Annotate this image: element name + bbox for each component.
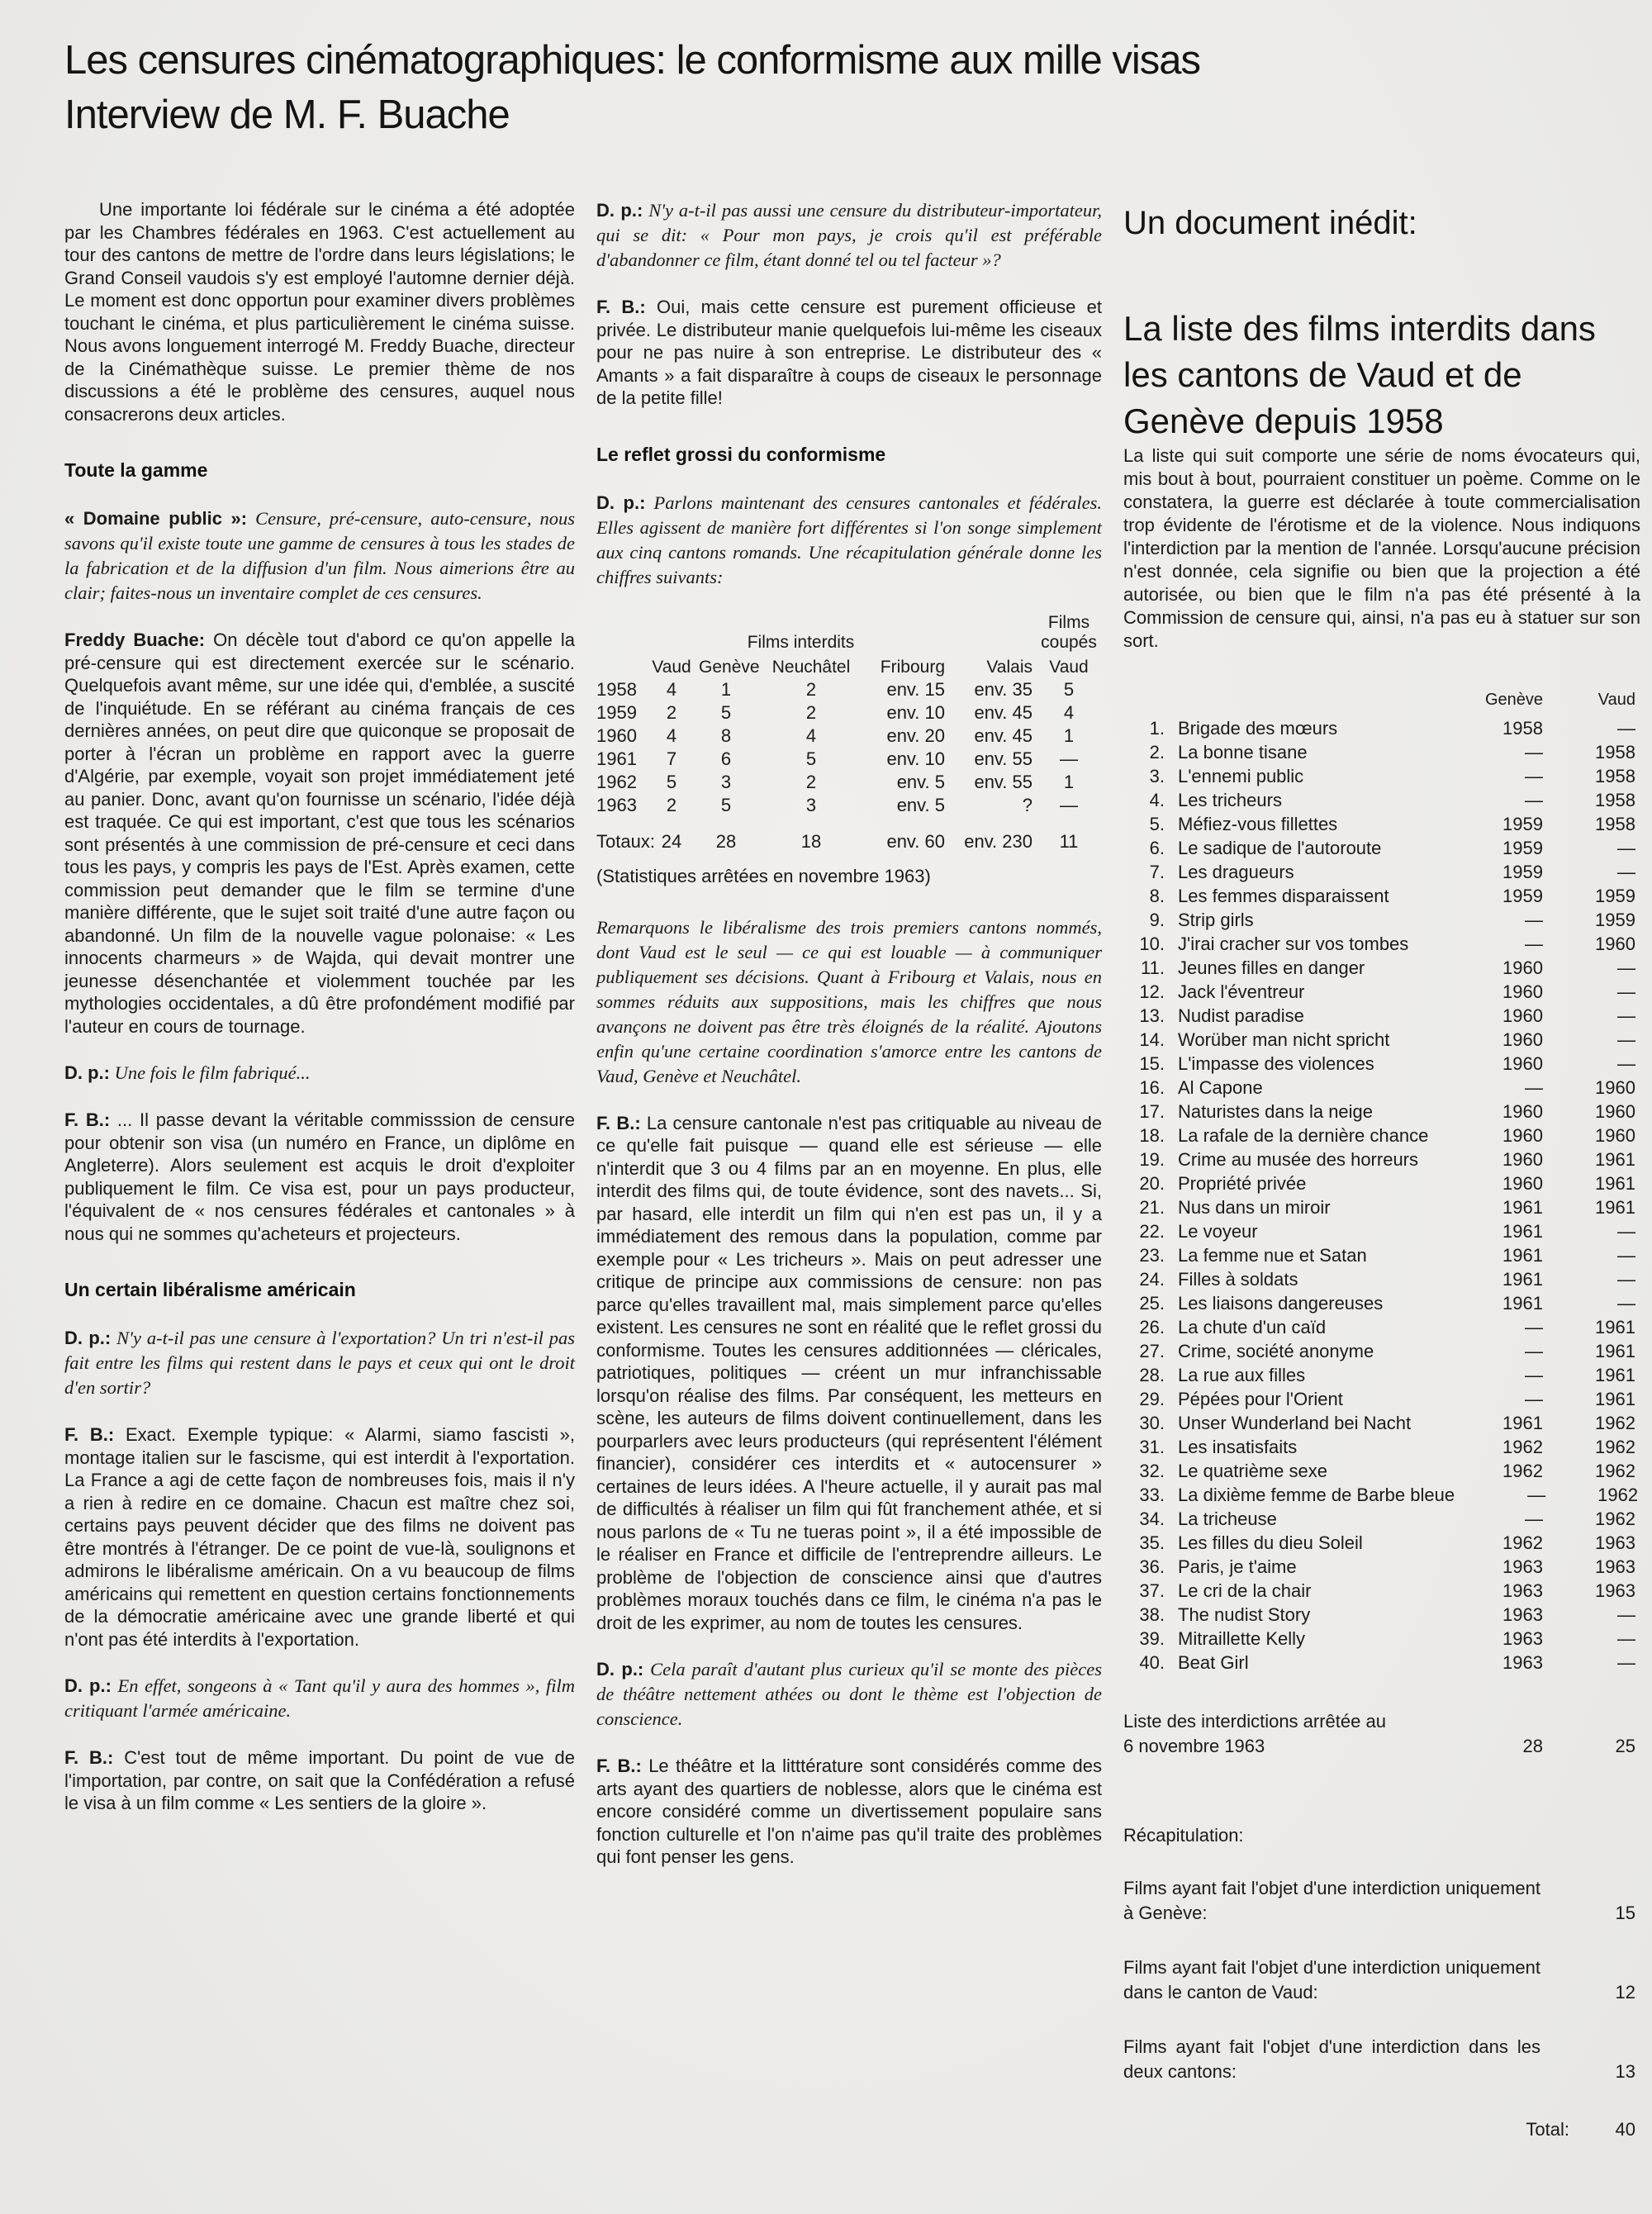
answer-label: F. B.: — [64, 1109, 110, 1130]
column-2: D. p.: N'y a-t-il pas aussi une censure … — [596, 198, 1102, 1892]
fribourg-cell: env. 5 — [869, 793, 948, 816]
valais-cell: env. 45 — [948, 701, 1036, 724]
film-number: 33. — [1123, 1483, 1165, 1507]
film-title: Le cri de la chair — [1178, 1579, 1452, 1603]
film-title: Al Capone — [1178, 1076, 1452, 1100]
film-row: 12. Jack l'éventreur 1960 — — [1123, 980, 1640, 1004]
table-group-header-row: Films interdits Films coupés — [596, 613, 1102, 653]
film-year-geneve: — — [1452, 908, 1543, 932]
films-list: 1. Brigade des mœurs 1958 — 2. La bonne … — [1123, 716, 1640, 1675]
film-row: 6. Le sadique de l'autoroute 1959 — — [1123, 836, 1640, 860]
recap-row-geneve-only: Films ayant fait l'objet d'une interdict… — [1123, 1876, 1640, 1926]
film-year-geneve: 1963 — [1452, 1579, 1543, 1603]
film-row: 39. Mitraillette Kelly 1963 — — [1123, 1627, 1640, 1651]
vaud-cell: 7 — [644, 747, 699, 770]
film-year-vaud: 1962 — [1545, 1483, 1643, 1507]
answer-label: F. B.: — [596, 1113, 641, 1133]
question-label: D. p.: — [64, 1675, 112, 1696]
masthead: Les censures cinématographiques: le conf… — [64, 33, 1601, 142]
film-number: 39. — [1123, 1627, 1165, 1651]
question-text: N'y a-t-il pas aussi une censure du dist… — [596, 200, 1102, 270]
film-title: Les tricheurs — [1178, 788, 1452, 812]
film-year-geneve: 1961 — [1452, 1195, 1543, 1219]
table-canton-header-row: Vaud Genève Neuchâtel Fribourg Valais Va… — [596, 653, 1102, 677]
film-list-header: Genève Vaud — [1123, 691, 1640, 710]
film-title: La femme nue et Satan — [1178, 1243, 1452, 1267]
film-number: 17. — [1123, 1100, 1165, 1124]
film-row: 13. Nudist paradise 1960 — — [1123, 1004, 1640, 1028]
coupes-cell: 1 — [1036, 770, 1102, 793]
film-year-vaud: 1961 — [1543, 1147, 1640, 1171]
film-number: 29. — [1123, 1387, 1165, 1411]
film-row: 35. Les filles du dieu Soleil 1962 1963 — [1123, 1531, 1640, 1555]
neuchatel-cell: 2 — [753, 701, 869, 724]
geneve-cell: 5 — [699, 793, 753, 816]
film-year-geneve: 1960 — [1452, 1028, 1543, 1052]
answer: F. B.: C'est tout de même important. Du … — [64, 1746, 575, 1815]
film-row: 31. Les insatisfaits 1962 1962 — [1123, 1435, 1640, 1459]
neuchatel-cell: 5 — [753, 747, 869, 770]
film-number: 25. — [1123, 1291, 1165, 1315]
year-cell: 1963 — [596, 793, 644, 816]
film-year-vaud: 1963 — [1543, 1531, 1640, 1555]
film-number: 38. — [1123, 1603, 1165, 1627]
answer-text: La censure cantonale n'est pas critiquab… — [596, 1113, 1102, 1633]
total-value: 40 — [1597, 2119, 1640, 2140]
col-header-vaud-coupes: Vaud — [1036, 653, 1102, 677]
year-cell: 1960 — [596, 724, 644, 747]
totals-valais: env. 230 — [948, 816, 1036, 853]
recap-value: 13 — [1540, 2060, 1640, 2084]
question-text: En effet, songeons à « Tant qu'il y aura… — [64, 1675, 575, 1721]
film-number: 24. — [1123, 1267, 1165, 1291]
film-year-geneve: 1960 — [1452, 980, 1543, 1004]
film-year-vaud: 1961 — [1543, 1363, 1640, 1387]
film-number: 1. — [1123, 716, 1165, 740]
col-header-neuchatel: Neuchâtel — [753, 653, 869, 677]
footer-count-geneve: 28 — [1452, 1734, 1543, 1759]
vaud-cell: 2 — [644, 793, 699, 816]
recap-row-vaud-only: Films ayant fait l'objet d'une interdict… — [1123, 1955, 1640, 2005]
table-row: 1963 2 5 3 env. 5 ? — — [596, 793, 1102, 816]
film-year-vaud: 1960 — [1543, 932, 1640, 956]
film-number: 2. — [1123, 740, 1165, 764]
film-title: Les insatisfaits — [1178, 1435, 1452, 1459]
film-title: La chute d'un caïd — [1178, 1315, 1452, 1339]
film-year-geneve: 1963 — [1452, 1603, 1543, 1627]
film-number: 20. — [1123, 1171, 1165, 1195]
col-header-vaud: Vaud — [644, 653, 699, 677]
film-row: 30. Unser Wunderland bei Nacht 1961 1962 — [1123, 1411, 1640, 1435]
film-number: 10. — [1123, 932, 1165, 956]
recap-value: 15 — [1540, 1901, 1640, 1926]
film-number: 3. — [1123, 764, 1165, 788]
film-year-vaud: 1961 — [1543, 1315, 1640, 1339]
film-number: 35. — [1123, 1531, 1165, 1555]
recap-heading: Récapitulation: — [1123, 1825, 1640, 1846]
total-label: Total: — [1526, 2119, 1569, 2140]
table-row: 1959 2 5 2 env. 10 env. 45 4 — [596, 701, 1102, 724]
film-row: 7. Les dragueurs 1959 — — [1123, 860, 1640, 884]
film-row: 14. Worüber man nicht spricht 1960 — — [1123, 1028, 1640, 1052]
film-year-geneve: 1960 — [1452, 956, 1543, 980]
coupes-cell: 5 — [1036, 677, 1102, 701]
valais-cell: env. 55 — [948, 747, 1036, 770]
films-coupes-line1: Films — [1036, 613, 1102, 633]
fribourg-cell: env. 20 — [869, 724, 948, 747]
film-year-vaud: 1958 — [1543, 764, 1640, 788]
film-row: 38. The nudist Story 1963 — — [1123, 1603, 1640, 1627]
film-number: 26. — [1123, 1315, 1165, 1339]
film-title: Naturistes dans la neige — [1178, 1100, 1452, 1124]
film-year-vaud: 1958 — [1543, 740, 1640, 764]
film-year-vaud: — — [1543, 1603, 1640, 1627]
film-title: Worüber man nicht spricht — [1178, 1028, 1452, 1052]
film-year-geneve: 1960 — [1452, 1147, 1543, 1171]
recap-total-row: Total: 40 — [1123, 2119, 1640, 2140]
answer: F. B.: Oui, mais cette censure est purem… — [596, 296, 1102, 410]
geneve-cell: 1 — [699, 677, 753, 701]
film-number: 13. — [1123, 1004, 1165, 1028]
film-year-geneve: 1961 — [1452, 1219, 1543, 1243]
film-row: 9. Strip girls — 1959 — [1123, 908, 1640, 932]
film-year-geneve: 1963 — [1452, 1555, 1543, 1579]
group-header-films-interdits: Films interdits — [644, 613, 1036, 653]
film-year-geneve: 1961 — [1452, 1267, 1543, 1291]
year-cell: 1962 — [596, 770, 644, 793]
header-geneve: Genève — [1452, 691, 1543, 710]
header-vaud: Vaud — [1543, 691, 1640, 710]
film-title: Jeunes filles en danger — [1178, 956, 1452, 980]
film-title: Méfiez-vous fillettes — [1178, 812, 1452, 836]
film-year-vaud: 1958 — [1543, 788, 1640, 812]
year-cell: 1959 — [596, 701, 644, 724]
answer-label: F. B.: — [596, 1756, 642, 1776]
fribourg-cell: env. 10 — [869, 747, 948, 770]
valais-cell: env. 45 — [948, 724, 1036, 747]
film-year-vaud: 1960 — [1543, 1100, 1640, 1124]
year-cell: 1961 — [596, 747, 644, 770]
film-year-geneve: 1959 — [1452, 836, 1543, 860]
answer-text: Oui, mais cette censure est purement off… — [596, 297, 1102, 408]
film-row: 24. Filles à soldats 1961 — — [1123, 1267, 1640, 1291]
totals-label: Totaux: — [596, 816, 644, 853]
film-year-geneve: — — [1452, 1339, 1543, 1363]
table-row: 1962 5 3 2 env. 5 env. 55 1 — [596, 770, 1102, 793]
recap-label: Films ayant fait l'objet d'une interdict… — [1123, 1955, 1540, 2005]
recap-row-both-cantons: Films ayant fait l'objet d'une interdict… — [1123, 2035, 1640, 2084]
coupes-cell: 4 — [1036, 701, 1102, 724]
film-row: 23. La femme nue et Satan 1961 — — [1123, 1243, 1640, 1267]
film-year-geneve: — — [1452, 1387, 1543, 1411]
answer: F. B.: La censure cantonale n'est pas cr… — [596, 1112, 1102, 1635]
fribourg-cell: env. 5 — [869, 770, 948, 793]
question-label: D. p.: — [596, 200, 643, 221]
film-title: J'irai cracher sur vos tombes — [1178, 932, 1452, 956]
recap-label: Films ayant fait l'objet d'une interdict… — [1123, 2035, 1540, 2084]
film-title: La rue aux filles — [1178, 1363, 1452, 1387]
film-year-vaud: — — [1543, 836, 1640, 860]
film-number: 16. — [1123, 1076, 1165, 1100]
totals-fribourg: env. 60 — [869, 816, 948, 853]
coupes-cell: 1 — [1036, 724, 1102, 747]
film-year-vaud: 1961 — [1543, 1195, 1640, 1219]
stats-table: Films interdits Films coupés Vaud Genève… — [596, 613, 1102, 853]
film-title: Le sadique de l'autoroute — [1178, 836, 1452, 860]
film-number: 19. — [1123, 1147, 1165, 1171]
question: D. p.: Une fois le film fabriqué... — [64, 1061, 575, 1086]
question: D. p.: En effet, songeons à « Tant qu'il… — [64, 1674, 575, 1723]
film-row: 1. Brigade des mœurs 1958 — — [1123, 716, 1640, 740]
answer: F. B.: ... Il passe devant la véritable … — [64, 1109, 575, 1245]
vaud-cell: 2 — [644, 701, 699, 724]
film-year-geneve: — — [1455, 1483, 1545, 1507]
film-title: Le quatrième sexe — [1178, 1459, 1452, 1483]
film-year-vaud: 1959 — [1543, 884, 1640, 908]
neuchatel-cell: 4 — [753, 724, 869, 747]
list-footer-date: 6 novembre 1963 — [1123, 1734, 1265, 1759]
totals-coupes: 11 — [1036, 816, 1102, 853]
col-header-fribourg: Fribourg — [869, 653, 948, 677]
film-number: 14. — [1123, 1028, 1165, 1052]
film-title: L'ennemi public — [1178, 764, 1452, 788]
film-year-vaud: 1961 — [1543, 1171, 1640, 1195]
film-row: 21. Nus dans un miroir 1961 1961 — [1123, 1195, 1640, 1219]
film-row: 11. Jeunes filles en danger 1960 — — [1123, 956, 1640, 980]
group-header-films-coupes: Films coupés — [1036, 613, 1102, 653]
totals-geneve: 28 — [699, 816, 753, 853]
film-year-vaud: — — [1543, 1028, 1640, 1052]
film-year-vaud: 1960 — [1543, 1124, 1640, 1147]
film-year-vaud: — — [1543, 980, 1640, 1004]
film-year-vaud: — — [1543, 860, 1640, 884]
footer-count-vaud: 25 — [1543, 1734, 1640, 1759]
film-row: 4. Les tricheurs — 1958 — [1123, 788, 1640, 812]
films-coupes-line2: coupés — [1036, 633, 1102, 653]
film-year-vaud: 1962 — [1543, 1435, 1640, 1459]
film-title: Nudist paradise — [1178, 1004, 1452, 1028]
film-year-vaud: 1961 — [1543, 1339, 1640, 1363]
film-year-vaud: 1963 — [1543, 1555, 1640, 1579]
film-title: Brigade des mœurs — [1178, 716, 1452, 740]
question-text: Cela paraît d'autant plus curieux qu'il … — [596, 1659, 1102, 1729]
question: D. p.: N'y a-t-il pas une censure à l'ex… — [64, 1326, 575, 1400]
year-cell: 1958 — [596, 677, 644, 701]
film-number: 37. — [1123, 1579, 1165, 1603]
film-title: Unser Wunderland bei Nacht — [1178, 1411, 1452, 1435]
question-text: N'y a-t-il pas une censure à l'exportati… — [64, 1328, 575, 1398]
film-number: 31. — [1123, 1435, 1165, 1459]
film-row: 37. Le cri de la chair 1963 1963 — [1123, 1579, 1640, 1603]
list-intro-paragraph: La liste qui suit comporte une série de … — [1123, 444, 1640, 653]
film-year-geneve: 1959 — [1452, 812, 1543, 836]
film-year-vaud: — — [1543, 1267, 1640, 1291]
film-row: 16. Al Capone — 1960 — [1123, 1076, 1640, 1100]
answer-text: ... Il passe devant la véritable commiss… — [64, 1109, 575, 1244]
article-subtitle: Interview de M. F. Buache — [64, 88, 1601, 142]
answer-text: Exact. Exemple typique: « Alarmi, siamo … — [64, 1424, 575, 1650]
film-number: 28. — [1123, 1363, 1165, 1387]
neuchatel-cell: 2 — [753, 677, 869, 701]
film-year-geneve: 1962 — [1452, 1531, 1543, 1555]
coupes-cell: — — [1036, 793, 1102, 816]
film-year-vaud: 1962 — [1543, 1507, 1640, 1531]
film-number: 23. — [1123, 1243, 1165, 1267]
film-row: 26. La chute d'un caïd — 1961 — [1123, 1315, 1640, 1339]
film-number: 36. — [1123, 1555, 1165, 1579]
film-year-geneve: 1963 — [1452, 1651, 1543, 1675]
film-row: 40. Beat Girl 1963 — — [1123, 1651, 1640, 1675]
table-totals-row: Totaux: 24 28 18 env. 60 env. 230 11 — [596, 816, 1102, 853]
film-title: La rafale de la dernière chance — [1178, 1124, 1452, 1147]
geneve-cell: 3 — [699, 770, 753, 793]
question-label: « Domaine public »: — [64, 508, 247, 529]
geneve-cell: 5 — [699, 701, 753, 724]
film-title: The nudist Story — [1178, 1603, 1452, 1627]
film-number: 6. — [1123, 836, 1165, 860]
film-year-geneve: 1958 — [1452, 716, 1543, 740]
film-year-vaud: — — [1543, 716, 1640, 740]
question-text: Parlons maintenant des censures cantonal… — [596, 492, 1102, 587]
film-year-geneve: — — [1452, 1315, 1543, 1339]
film-row: 32. Le quatrième sexe 1962 1962 — [1123, 1459, 1640, 1483]
film-row: 22. Le voyeur 1961 — — [1123, 1219, 1640, 1243]
vaud-cell: 4 — [644, 724, 699, 747]
answer-text: C'est tout de même important. Du point d… — [64, 1747, 575, 1813]
film-number: 9. — [1123, 908, 1165, 932]
editorial-note: Remarquons le libéralisme des trois prem… — [596, 915, 1102, 1089]
film-year-vaud: — — [1543, 956, 1640, 980]
film-year-vaud: 1959 — [1543, 908, 1640, 932]
film-title: Mitraillette Kelly — [1178, 1627, 1452, 1651]
film-year-vaud: 1962 — [1543, 1459, 1640, 1483]
section-heading-liberalisme-americain: Un certain libéralisme américain — [64, 1278, 575, 1301]
film-number: 27. — [1123, 1339, 1165, 1363]
film-year-geneve: 1963 — [1452, 1627, 1543, 1651]
question: D. p.: Parlons maintenant des censures c… — [596, 491, 1102, 590]
film-row: 28. La rue aux filles — 1961 — [1123, 1363, 1640, 1387]
film-row: 33. La dixième femme de Barbe bleue — 19… — [1123, 1483, 1640, 1507]
question-text: Une fois le film fabriqué... — [115, 1062, 311, 1083]
film-title: Crime, société anonyme — [1178, 1339, 1452, 1363]
film-year-geneve: 1962 — [1452, 1435, 1543, 1459]
film-year-geneve: — — [1452, 1076, 1543, 1100]
valais-cell: env. 55 — [948, 770, 1036, 793]
answer-label: Freddy Buache: — [64, 630, 205, 650]
question: « Domaine public »: Censure, pré-censure… — [64, 506, 575, 606]
film-row: 25. Les liaisons dangereuses 1961 — — [1123, 1291, 1640, 1315]
film-year-vaud: — — [1543, 1004, 1640, 1028]
question: D. p.: N'y a-t-il pas aussi une censure … — [596, 198, 1102, 273]
film-row: 5. Méfiez-vous fillettes 1959 1958 — [1123, 812, 1640, 836]
list-footer: Liste des interdictions arrêtée au 6 nov… — [1123, 1709, 1640, 1759]
answer: F. B.: Le théâtre et la litttérature son… — [596, 1755, 1102, 1869]
film-title: Beat Girl — [1178, 1651, 1452, 1675]
answer: Freddy Buache: On décèle tout d'abord ce… — [64, 629, 575, 1038]
film-row: 17. Naturistes dans la neige 1960 1960 — [1123, 1100, 1640, 1124]
film-number: 22. — [1123, 1219, 1165, 1243]
neuchatel-cell: 3 — [753, 793, 869, 816]
kicker-un-document-inedit: Un document inédit: — [1123, 203, 1640, 243]
film-year-vaud: 1963 — [1543, 1579, 1640, 1603]
film-year-vaud: 1962 — [1543, 1411, 1640, 1435]
film-year-vaud: 1961 — [1543, 1387, 1640, 1411]
answer-label: F. B.: — [64, 1747, 113, 1768]
column-1: Une importante loi fédérale sur le ciném… — [64, 198, 575, 1838]
table-caption: (Statistiques arrêtées en novembre 1963) — [596, 866, 1102, 887]
film-number: 30. — [1123, 1411, 1165, 1435]
recap-label: Films ayant fait l'objet d'une interdict… — [1123, 1876, 1540, 1926]
film-number: 11. — [1123, 956, 1165, 980]
film-title: Filles à soldats — [1178, 1267, 1452, 1291]
film-year-geneve: 1961 — [1452, 1291, 1543, 1315]
film-number: 8. — [1123, 884, 1165, 908]
magazine-page: Les censures cinématographiques: le conf… — [0, 0, 1652, 2214]
film-title: La tricheuse — [1178, 1507, 1452, 1531]
film-year-geneve: 1959 — [1452, 884, 1543, 908]
geneve-cell: 8 — [699, 724, 753, 747]
intro-paragraph: Une importante loi fédérale sur le ciném… — [64, 198, 575, 425]
film-row: 3. L'ennemi public — 1958 — [1123, 764, 1640, 788]
film-year-vaud: — — [1543, 1052, 1640, 1076]
coupes-cell: — — [1036, 747, 1102, 770]
film-title: Nus dans un miroir — [1178, 1195, 1452, 1219]
recap-value: 12 — [1540, 1980, 1640, 2005]
question-label: D. p.: — [64, 1328, 111, 1348]
film-title: Crime au musée des horreurs — [1178, 1147, 1452, 1171]
film-year-vaud: — — [1543, 1627, 1640, 1651]
film-row: 27. Crime, société anonyme — 1961 — [1123, 1339, 1640, 1363]
film-row: 8. Les femmes disparaissent 1959 1959 — [1123, 884, 1640, 908]
film-year-geneve: 1960 — [1452, 1052, 1543, 1076]
film-title: La dixième femme de Barbe bleue — [1178, 1483, 1455, 1507]
film-year-vaud: — — [1543, 1291, 1640, 1315]
film-year-vaud: 1960 — [1543, 1076, 1640, 1100]
film-number: 15. — [1123, 1052, 1165, 1076]
film-row: 15. L'impasse des violences 1960 — — [1123, 1052, 1640, 1076]
film-title: Strip girls — [1178, 908, 1452, 932]
film-year-vaud: — — [1543, 1243, 1640, 1267]
film-row: 10. J'irai cracher sur vos tombes — 1960 — [1123, 932, 1640, 956]
film-number: 34. — [1123, 1507, 1165, 1531]
film-title: L'impasse des violences — [1178, 1052, 1452, 1076]
table-row: 1958 4 1 2 env. 15 env. 35 5 — [596, 677, 1102, 701]
film-year-geneve: — — [1452, 788, 1543, 812]
question-label: D. p.: — [596, 492, 645, 513]
section-heading-reflet-grossi: Le reflet grossi du conformisme — [596, 443, 1102, 466]
answer-text: On décèle tout d'abord ce qu'on appelle … — [64, 630, 575, 1037]
film-row: 29. Pépées pour l'Orient — 1961 — [1123, 1387, 1640, 1411]
col-header-valais: Valais — [948, 653, 1036, 677]
totals-neuchatel: 18 — [753, 816, 869, 853]
film-year-vaud: — — [1543, 1651, 1640, 1675]
neuchatel-cell: 2 — [753, 770, 869, 793]
answer: F. B.: Exact. Exemple typique: « Alarmi,… — [64, 1423, 575, 1651]
table-row: 1961 7 6 5 env. 10 env. 55 — — [596, 747, 1102, 770]
film-year-geneve: — — [1452, 764, 1543, 788]
question-label: D. p.: — [596, 1659, 643, 1680]
film-year-geneve: 1960 — [1452, 1004, 1543, 1028]
answer-label: F. B.: — [596, 297, 646, 317]
film-number: 21. — [1123, 1195, 1165, 1219]
film-year-geneve: 1962 — [1452, 1459, 1543, 1483]
film-year-vaud: 1958 — [1543, 812, 1640, 836]
question: D. p.: Cela paraît d'autant plus curieux… — [596, 1657, 1102, 1732]
film-year-geneve: 1960 — [1452, 1124, 1543, 1147]
answer-text: Le théâtre et la litttérature sont consi… — [596, 1756, 1102, 1867]
table-row: 1960 4 8 4 env. 20 env. 45 1 — [596, 724, 1102, 747]
list-footer-line1: Liste des interdictions arrêtée au — [1123, 1709, 1640, 1734]
